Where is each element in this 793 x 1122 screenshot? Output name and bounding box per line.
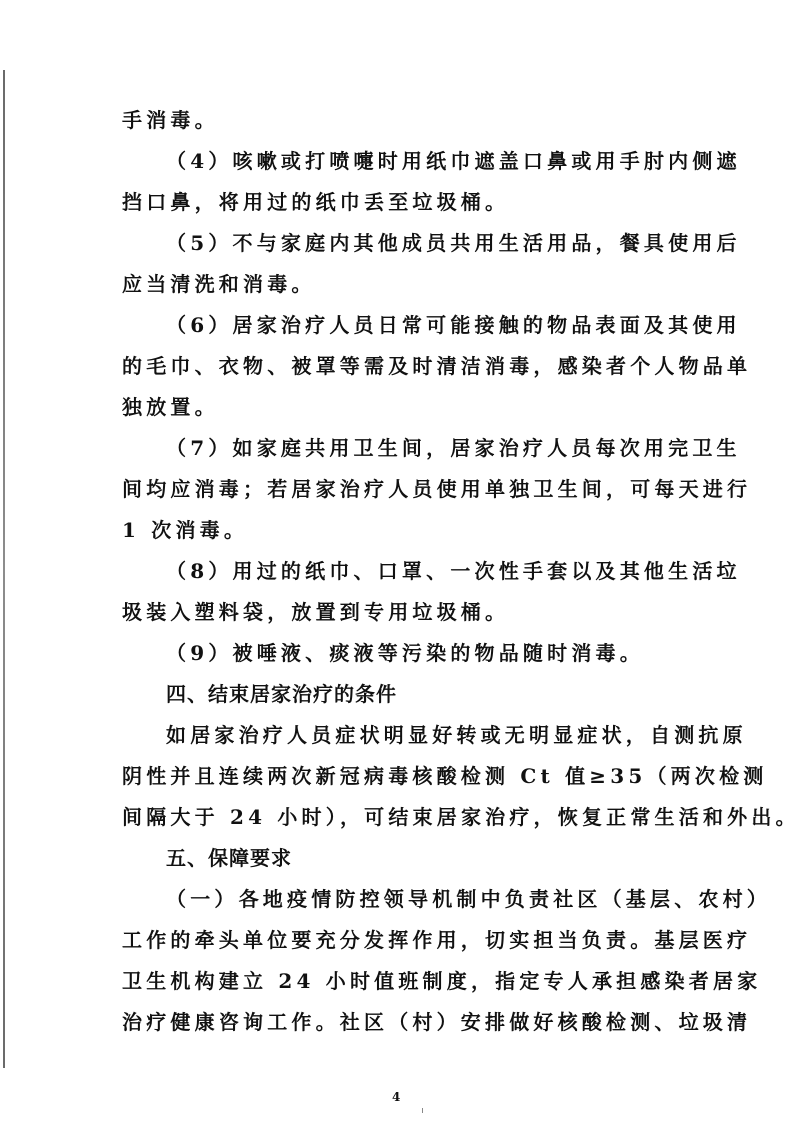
section-heading: 五、保障要求 bbox=[122, 838, 674, 879]
text-line: 手消毒。 bbox=[122, 100, 674, 141]
text-line: （6）居家治疗人员日常可能接触的物品表面及其使用 bbox=[122, 305, 674, 346]
text-line: （7）如家庭共用卫生间，居家治疗人员每次用完卫生 bbox=[122, 428, 674, 469]
text-line: 间隔大于 24 小时），可结束居家治疗，恢复正常生活和外出。 bbox=[122, 797, 674, 838]
text-line: 如居家治疗人员症状明显好转或无明显症状，自测抗原 bbox=[122, 715, 674, 756]
document-body: 手消毒。 （4）咳嗽或打喷嚏时用纸巾遮盖口鼻或用手肘内侧遮 挡口鼻，将用过的纸巾… bbox=[122, 100, 674, 1043]
text-line: （一）各地疫情防控领导机制中负责社区（基层、农村） bbox=[122, 879, 674, 920]
text-line: 挡口鼻，将用过的纸巾丢至垃圾桶。 bbox=[122, 182, 674, 223]
text-line: 阴性并且连续两次新冠病毒核酸检测 Ct 值≥35（两次检测 bbox=[122, 756, 674, 797]
page-number: 4 bbox=[392, 1090, 400, 1104]
text-line: 1 次消毒。 bbox=[122, 510, 674, 551]
text-line: 工作的牵头单位要充分发挥作用，切实担当负责。基层医疗 bbox=[122, 920, 674, 961]
text-line: 间均应消毒；若居家治疗人员使用单独卫生间，可每天进行 bbox=[122, 469, 674, 510]
scan-speck bbox=[422, 1108, 423, 1113]
text-line: 的毛巾、衣物、被罩等需及时清洁消毒，感染者个人物品单 bbox=[122, 346, 674, 387]
text-line: （5）不与家庭内其他成员共用生活用品，餐具使用后 bbox=[122, 223, 674, 264]
scan-edge-line bbox=[3, 70, 5, 1068]
text-line: 治疗健康咨询工作。社区（村）安排做好核酸检测、垃圾清 bbox=[122, 1002, 674, 1043]
text-line: （4）咳嗽或打喷嚏时用纸巾遮盖口鼻或用手肘内侧遮 bbox=[122, 141, 674, 182]
text-line: （9）被唾液、痰液等污染的物品随时消毒。 bbox=[122, 633, 674, 674]
text-line: （8）用过的纸巾、口罩、一次性手套以及其他生活垃 bbox=[122, 551, 674, 592]
text-line: 圾装入塑料袋，放置到专用垃圾桶。 bbox=[122, 592, 674, 633]
text-line: 卫生机构建立 24 小时值班制度，指定专人承担感染者居家 bbox=[122, 961, 674, 1002]
text-line: 应当清洗和消毒。 bbox=[122, 264, 674, 305]
text-line: 独放置。 bbox=[122, 387, 674, 428]
section-heading: 四、结束居家治疗的条件 bbox=[122, 674, 674, 715]
